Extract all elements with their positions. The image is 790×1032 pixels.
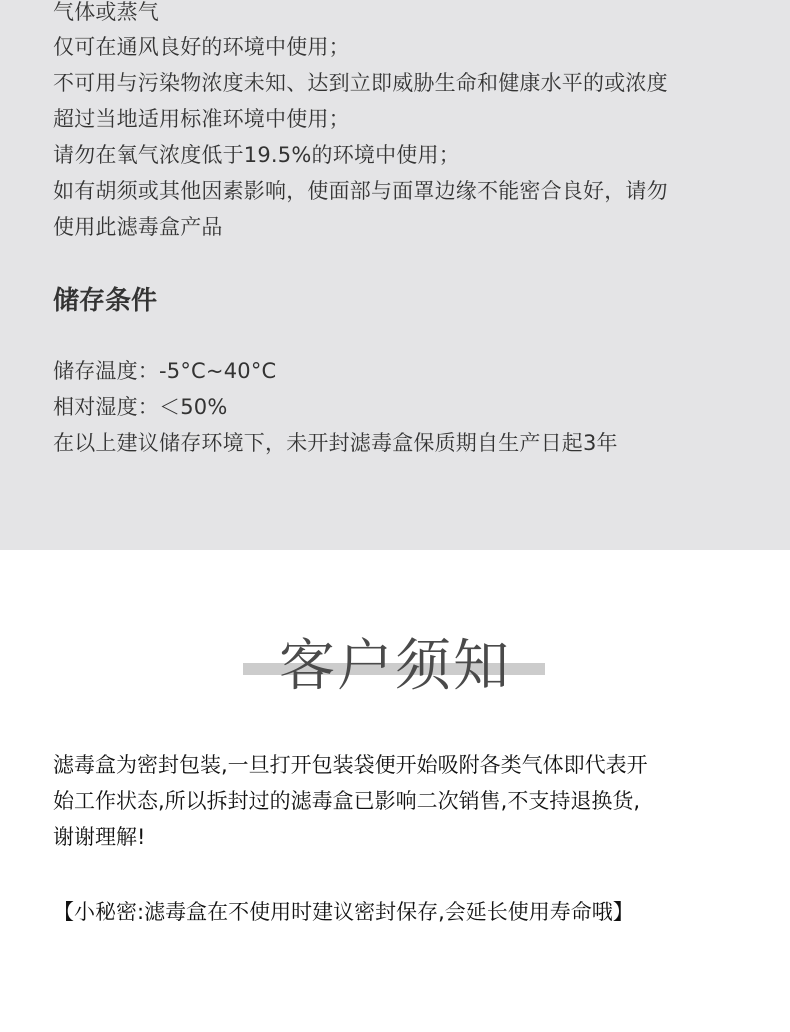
notice-tip: 【小秘密:滤毒盒在不使用时建议密封保存,会延长使用寿命哦】: [53, 900, 634, 924]
restriction-line: 超过当地适用标准环境中使用；: [53, 107, 350, 131]
storage-humidity: 相对湿度：＜50%: [53, 395, 227, 419]
storage-temperature: 储存温度：-5°C~40°C: [53, 359, 276, 383]
customer-notice-title: 客户须知: [0, 632, 790, 702]
restriction-line: 气体或蒸气: [53, 0, 159, 24]
storage-shelf-life: 在以上建议储存环境下，未开封滤毒盒保质期自生产日起3年: [53, 431, 618, 455]
restriction-line: 仅可在通风良好的环境中使用；: [53, 35, 350, 59]
storage-heading: 储存条件: [53, 280, 157, 317]
restriction-line: 如有胡须或其他因素影响，使面部与面罩边缘不能密合良好，请勿: [53, 179, 668, 203]
notice-line: 始工作状态,所以拆封过的滤毒盒已影响二次销售,不支持退换货,: [53, 789, 640, 813]
usage-restrictions-section: 气体或蒸气 仅可在通风良好的环境中使用； 不可用与污染物浓度未知、达到立即威胁生…: [0, 0, 790, 550]
notice-line: 滤毒盒为密封包装,一旦打开包装袋便开始吸附各类气体即代表开: [53, 753, 648, 777]
restriction-line: 不可用与污染物浓度未知、达到立即威胁生命和健康水平的或浓度: [53, 71, 668, 95]
notice-line: 谢谢理解!: [53, 825, 145, 849]
restriction-line: 使用此滤毒盒产品: [53, 215, 223, 239]
restriction-line: 请勿在氧气浓度低于19.5%的环境中使用；: [53, 143, 460, 167]
customer-notice-title-block: 客户须知: [0, 630, 790, 710]
